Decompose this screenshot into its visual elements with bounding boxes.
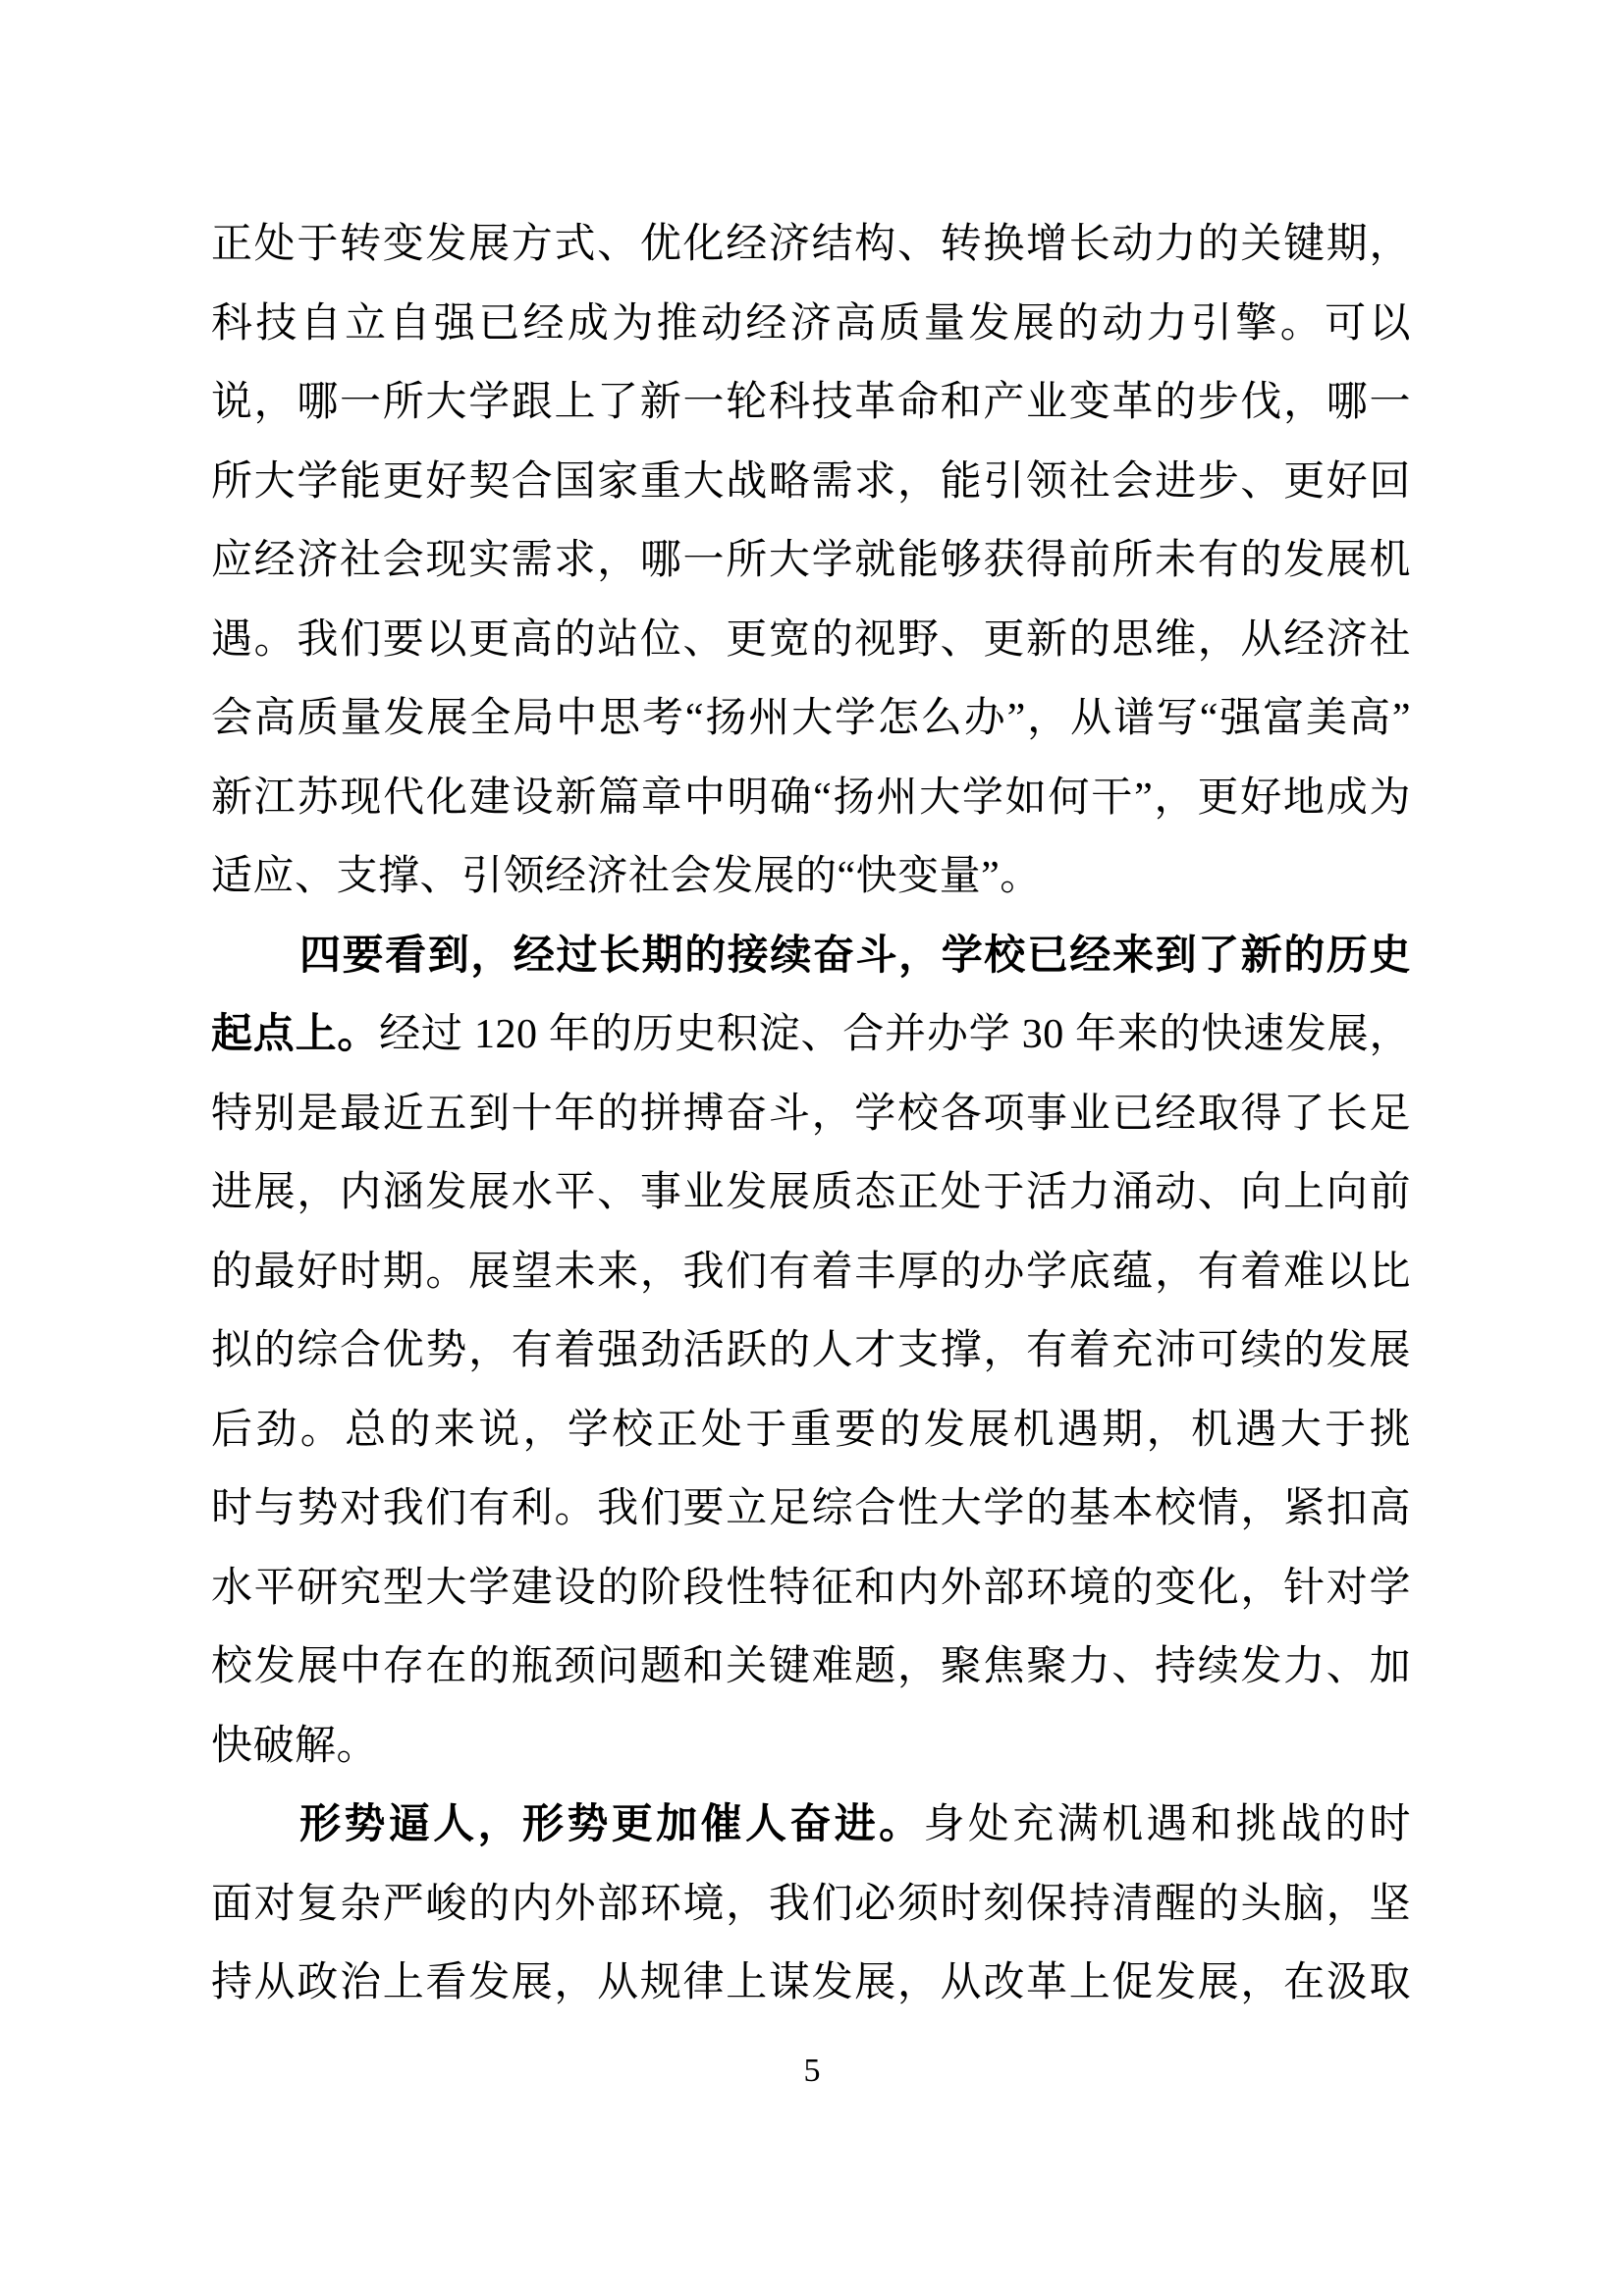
text-line: 校发展中存在的瓶颈问题和关键难题，聚焦聚力、持续发力、加 <box>211 1628 1411 1707</box>
text-line: 科技自立自强已经成为推动经济高质量发展的动力引擎。可以 <box>211 285 1411 364</box>
text-line: 会高质量发展全局中思考“扬州大学怎么办”，从谱写“强富美高” <box>211 679 1411 759</box>
text-line: 水平研究型大学建设的阶段性特征和内外部环境的变化，针对学 <box>211 1549 1411 1629</box>
page-number: 5 <box>0 2052 1624 2091</box>
text-line: 正处于转变发展方式、优化经济结构、转换增长动力的关键期， <box>211 205 1411 285</box>
text-line: 起点上。经过 120 年的历史积淀、合并办学 30 年来的快速发展， <box>211 995 1411 1075</box>
text-line: 应经济社会现实需求，哪一所大学就能够获得前所未有的发展机 <box>211 521 1411 601</box>
line-bold-segment: 起点上。 <box>211 1012 379 1057</box>
text-line: 形势逼人，形势更加催人奋进。身处充满机遇和挑战的时代， <box>211 1786 1411 1865</box>
text-line: 遇。我们要以更高的站位、更宽的视野、更新的思维，从经济社 <box>211 601 1411 680</box>
text-line: 适应、支撑、引领经济社会发展的“快变量”。 <box>211 837 1411 917</box>
text-line: 四要看到，经过长期的接续奋斗，学校已经来到了新的历史 <box>211 917 1411 996</box>
line-bold-segment: 四要看到，经过长期的接续奋斗，学校已经来到了新的历史 <box>299 934 1411 979</box>
line-text-segment: 应经济社会现实需求，哪一所大学就能够获得前所未有的发展机 <box>211 538 1411 583</box>
text-line: 拟的综合优势，有着强劲活跃的人才支撑，有着充沛可续的发展 <box>211 1311 1411 1391</box>
line-text-segment: 适应、支撑、引领经济社会发展的“快变量”。 <box>211 854 1042 899</box>
line-text-segment: 水平研究型大学建设的阶段性特征和内外部环境的变化，针对学 <box>211 1566 1411 1611</box>
line-text-segment: 遇。我们要以更高的站位、更宽的视野、更新的思维，从经济社 <box>211 617 1411 663</box>
line-text-segment: 持从政治上看发展，从规律上谋发展，从改革上促发展，在汲取 <box>211 1960 1411 2005</box>
line-text-segment: 新江苏现代化建设新篇章中明确“扬州大学如何干”，更好地成为 <box>211 775 1411 821</box>
text-line: 时与势对我们有利。我们要立足综合性大学的基本校情，紧扣高 <box>211 1469 1411 1549</box>
text-line: 进展，内涵发展水平、事业发展质态正处于活力涌动、向上向前 <box>211 1153 1411 1233</box>
text-line: 持从政治上看发展，从规律上谋发展，从改革上促发展，在汲取 <box>211 1944 1411 2023</box>
text-line: 说，哪一所大学跟上了新一轮科技革命和产业变革的步伐，哪一 <box>211 363 1411 443</box>
text-line: 所大学能更好契合国家重大战略需求，能引领社会进步、更好回 <box>211 443 1411 522</box>
text-line: 后劲。总的来说，学校正处于重要的发展机遇期，机遇大于挑战， <box>211 1391 1411 1470</box>
text-line: 特别是最近五到十年的拼搏奋斗，学校各项事业已经取得了长足 <box>211 1075 1411 1154</box>
text-line: 面对复杂严峻的内外部环境，我们必须时刻保持清醒的头脑，坚 <box>211 1865 1411 1945</box>
line-text-segment: 说，哪一所大学跟上了新一轮科技革命和产业变革的步伐，哪一 <box>211 380 1411 425</box>
line-text-segment: 校发展中存在的瓶颈问题和关键难题，聚焦聚力、持续发力、加 <box>211 1644 1411 1689</box>
line-text-segment: 所大学能更好契合国家重大战略需求，能引领社会进步、更好回 <box>211 459 1411 505</box>
line-text-segment: 会高质量发展全局中思考“扬州大学怎么办”，从谱写“强富美高” <box>211 696 1411 741</box>
text-line: 快破解。 <box>211 1707 1411 1787</box>
line-text-segment: 进展，内涵发展水平、事业发展质态正处于活力涌动、向上向前 <box>211 1170 1411 1215</box>
body-text-block: 正处于转变发展方式、优化经济结构、转换增长动力的关键期， 科技自立自强已经成为推… <box>211 205 1411 2023</box>
text-line: 的最好时期。展望未来，我们有着丰厚的办学底蕴，有着难以比 <box>211 1233 1411 1312</box>
line-text-segment: 时与势对我们有利。我们要立足综合性大学的基本校情，紧扣高 <box>211 1486 1411 1531</box>
document-page: 正处于转变发展方式、优化经济结构、转换增长动力的关键期， 科技自立自强已经成为推… <box>0 0 1624 2296</box>
line-text-segment: 后劲。总的来说，学校正处于重要的发展机遇期，机遇大于挑战， <box>211 1408 1411 1470</box>
line-text-segment: 正处于转变发展方式、优化经济结构、转换增长动力的关键期， <box>211 222 1411 267</box>
line-text-segment: 科技自立自强已经成为推动经济高质量发展的动力引擎。可以 <box>211 301 1411 347</box>
line-text-segment: 特别是最近五到十年的拼搏奋斗，学校各项事业已经取得了长足 <box>211 1092 1411 1137</box>
line-text-segment: 的最好时期。展望未来，我们有着丰厚的办学底蕴，有着难以比 <box>211 1250 1411 1295</box>
line-text-segment: 经过 120 年的历史积淀、合并办学 30 年来的快速发展， <box>379 1012 1411 1057</box>
text-line: 新江苏现代化建设新篇章中明确“扬州大学如何干”，更好地成为 <box>211 759 1411 838</box>
line-text-segment: 面对复杂严峻的内外部环境，我们必须时刻保持清醒的头脑，坚 <box>211 1882 1411 1927</box>
line-text-segment: 快破解。 <box>211 1724 378 1769</box>
line-bold-segment: 形势逼人，形势更加催人奋进。 <box>299 1802 924 1847</box>
line-text-segment: 拟的综合优势，有着强劲活跃的人才支撑，有着充沛可续的发展 <box>211 1328 1411 1373</box>
